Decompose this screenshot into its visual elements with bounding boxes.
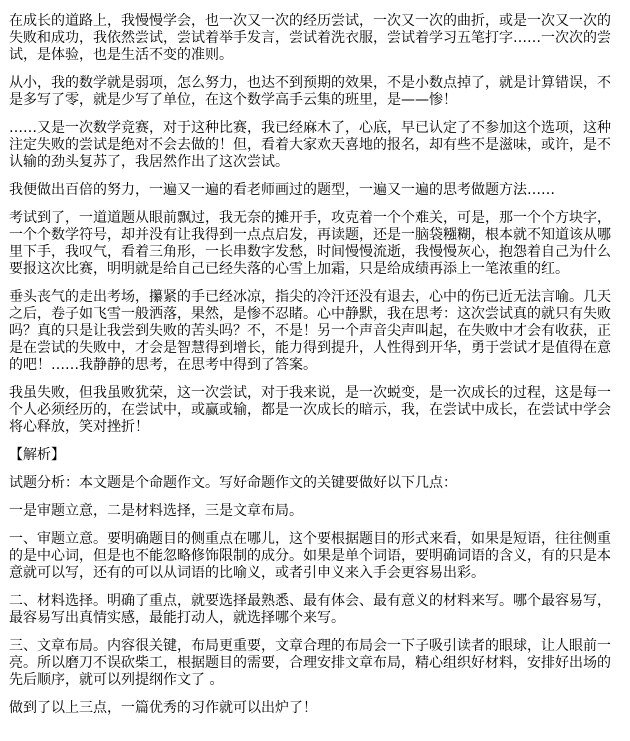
essay-paragraph: 考试到了，一道道题从眼前飘过，我无奈的摊开手，攻克着一个个难关，可是，那一个个方…: [9, 210, 621, 278]
analysis-paragraph: 三、文章布局。内容很关键，布局更重要，文章合理的布局会一下子吸引读者的眼球，让人…: [9, 638, 621, 689]
analysis-paragraph: 试题分析：本文题是个命题作文。写好命题作文的关键要做好以下几点：: [9, 475, 621, 492]
essay-paragraph: 我便做出百倍的努力，一遍又一遍的看老师画过的题型，一遍又一遍的思考做题方法……: [9, 182, 621, 199]
essay-paragraph: 从小，我的数学就是弱项，怎么努力，也达不到预期的效果，不是小数点掉了，就是计算错…: [9, 75, 621, 109]
essay-paragraph: 我虽失败，但我虽败犹荣，这一次尝试，对于我来说，是一次蜕变，是一次成长的过程，这…: [9, 385, 621, 436]
essay-paragraph: ……又是一次数学竞赛，对于这种比赛，我已经麻木了，心底，早已认定了不参加这个选项…: [9, 120, 621, 171]
document-page: 在成长的道路上，我慢慢学会，也一次又一次的经历尝试，一次又一次的曲折，或是一次又…: [0, 0, 630, 741]
analysis-heading: 【解析】: [9, 447, 621, 464]
analysis-paragraph: 一是审题立意，二是材料选择，三是文章布局。: [9, 503, 621, 520]
analysis-paragraph: 二、材料选择。明确了重点，就要选择最熟悉、最有体会、最有意义的材料来写。哪个最容…: [9, 593, 621, 627]
essay-paragraph: 垂头丧气的走出考场，攥紧的手已经冰凉，指尖的冷汗还没有退去，心中的伤已近无法言喻…: [9, 289, 621, 374]
analysis-paragraph: 一、审题立意。要明确题目的侧重点在哪儿，这个要根据题目的形式来看，如果是短语，往…: [9, 531, 621, 582]
essay-paragraph: 在成长的道路上，我慢慢学会，也一次又一次的经历尝试，一次又一次的曲折，或是一次又…: [9, 13, 621, 64]
analysis-paragraph: 做到了以上三点，一篇优秀的习作就可以出炉了！: [9, 700, 621, 717]
